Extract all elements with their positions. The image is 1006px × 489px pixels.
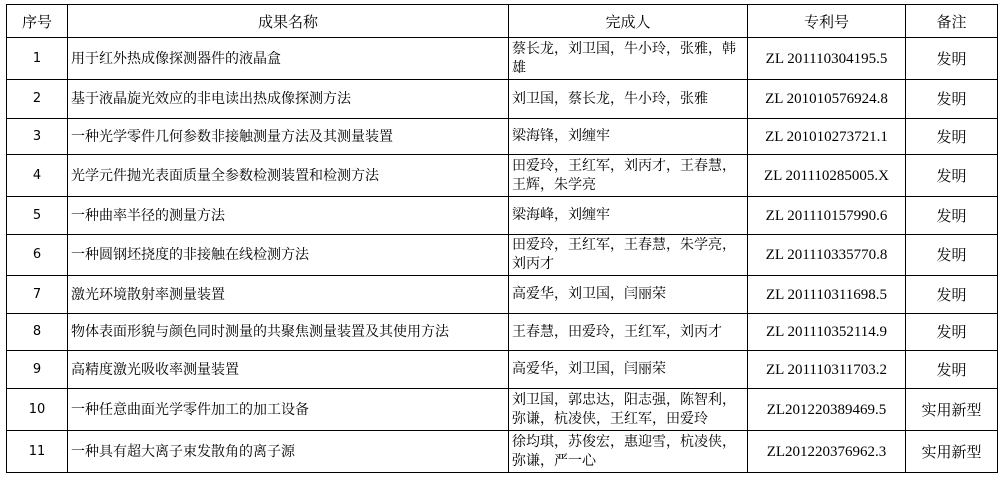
row-patent: ZL 201110311698.5 [748,276,906,314]
row-index: 1 [7,38,68,80]
row-name: 基于液晶旋光效应的非电读出热成像探测方法 [68,80,509,119]
table-row: 1 用于红外热成像探测器件的液晶盒 蔡长龙，刘卫国，牛小玲，张雅，韩雄 ZL 2… [7,38,998,80]
row-note: 发明 [906,38,998,80]
row-name: 光学元件抛光表面质量全参数检测装置和检测方法 [68,155,509,197]
table-row: 4 光学元件抛光表面质量全参数检测装置和检测方法 田爱玲，王红军，刘丙才，王春慧… [7,155,998,197]
header-people: 完成人 [509,5,748,38]
row-patent: ZL 201110285005.X [748,155,906,197]
header-note: 备注 [906,5,998,38]
table-row: 9 高精度激光吸收率测量装置 高爱华，刘卫国，闫丽荣 ZL 2011103117… [7,351,998,389]
row-patent: ZL 201110335770.8 [748,235,906,276]
row-note: 发明 [906,197,998,235]
row-people: 田爱玲，王红军，王春慧，朱学亮，刘丙才 [509,235,748,276]
table-row: 7 激光环境散射率测量装置 高爱华，刘卫国，闫丽荣 ZL 20111031169… [7,276,998,314]
row-note: 发明 [906,155,998,197]
row-index: 11 [7,431,68,473]
row-people: 徐均琪，苏俊宏，惠迎雪，杭凌侠，弥谦，严一心 [509,431,748,473]
row-name: 用于红外热成像探测器件的液晶盒 [68,38,509,80]
row-name: 一种具有超大离子束发散角的离子源 [68,431,509,473]
row-note: 发明 [906,314,998,351]
row-note: 发明 [906,119,998,155]
row-people: 田爱玲，王红军，刘丙才，王春慧，王辉，朱学亮 [509,155,748,197]
row-note: 发明 [906,80,998,119]
row-index: 8 [7,314,68,351]
table-row: 8 物体表面形貌与颜色同时测量的共聚焦测量装置及其使用方法 王春慧，田爱玲，王红… [7,314,998,351]
row-index: 9 [7,351,68,389]
row-people: 王春慧，田爱玲，王红军，刘丙才 [509,314,748,351]
row-index: 7 [7,276,68,314]
table-row: 6 一种圆钢坯挠度的非接触在线检测方法 田爱玲，王红军，王春慧，朱学亮，刘丙才 … [7,235,998,276]
row-patent: ZL201220389469.5 [748,389,906,431]
row-patent: ZL 201110157990.6 [748,197,906,235]
row-name: 激光环境散射率测量装置 [68,276,509,314]
header-name: 成果名称 [68,5,509,38]
row-people: 梁海锋，刘缠牢 [509,119,748,155]
row-people: 高爱华，刘卫国，闫丽荣 [509,351,748,389]
row-name: 一种任意曲面光学零件加工的加工设备 [68,389,509,431]
row-index: 3 [7,119,68,155]
row-index: 6 [7,235,68,276]
row-patent: ZL 201010273721.1 [748,119,906,155]
row-people: 刘卫国，郭忠达，阳志强，陈智利，弥谦，杭凌侠，王红军，田爱玲 [509,389,748,431]
row-patent: ZL 201010576924.8 [748,80,906,119]
row-patent: ZL 201110311703.2 [748,351,906,389]
row-name: 高精度激光吸收率测量装置 [68,351,509,389]
row-people: 梁海峰，刘缠牢 [509,197,748,235]
row-patent: ZL 201110352114.9 [748,314,906,351]
row-people: 高爱华，刘卫国，闫丽荣 [509,276,748,314]
row-index: 5 [7,197,68,235]
row-people: 蔡长龙，刘卫国，牛小玲，张雅，韩雄 [509,38,748,80]
table-row: 5 一种曲率半径的测量方法 梁海峰，刘缠牢 ZL 201110157990.6 … [7,197,998,235]
row-note: 实用新型 [906,431,998,473]
row-patent: ZL201220376962.3 [748,431,906,473]
row-note: 实用新型 [906,389,998,431]
row-name: 一种曲率半径的测量方法 [68,197,509,235]
row-people: 刘卫国，蔡长龙，牛小玲，张雅 [509,80,748,119]
row-patent: ZL 201110304195.5 [748,38,906,80]
header-patent: 专利号 [748,5,906,38]
row-note: 发明 [906,351,998,389]
row-note: 发明 [906,276,998,314]
row-name: 物体表面形貌与颜色同时测量的共聚焦测量装置及其使用方法 [68,314,509,351]
row-name: 一种光学零件几何参数非接触测量方法及其测量装置 [68,119,509,155]
row-index: 2 [7,80,68,119]
header-row: 序号 成果名称 完成人 专利号 备注 [7,5,998,38]
table-row: 3 一种光学零件几何参数非接触测量方法及其测量装置 梁海锋，刘缠牢 ZL 201… [7,119,998,155]
row-index: 10 [7,389,68,431]
patent-table: 序号 成果名称 完成人 专利号 备注 1 用于红外热成像探测器件的液晶盒 蔡长龙… [6,4,998,473]
table-row: 10 一种任意曲面光学零件加工的加工设备 刘卫国，郭忠达，阳志强，陈智利，弥谦，… [7,389,998,431]
row-note: 发明 [906,235,998,276]
table-row: 2 基于液晶旋光效应的非电读出热成像探测方法 刘卫国，蔡长龙，牛小玲，张雅 ZL… [7,80,998,119]
row-name: 一种圆钢坯挠度的非接触在线检测方法 [68,235,509,276]
header-index: 序号 [7,5,68,38]
row-index: 4 [7,155,68,197]
table-row: 11 一种具有超大离子束发散角的离子源 徐均琪，苏俊宏，惠迎雪，杭凌侠，弥谦，严… [7,431,998,473]
